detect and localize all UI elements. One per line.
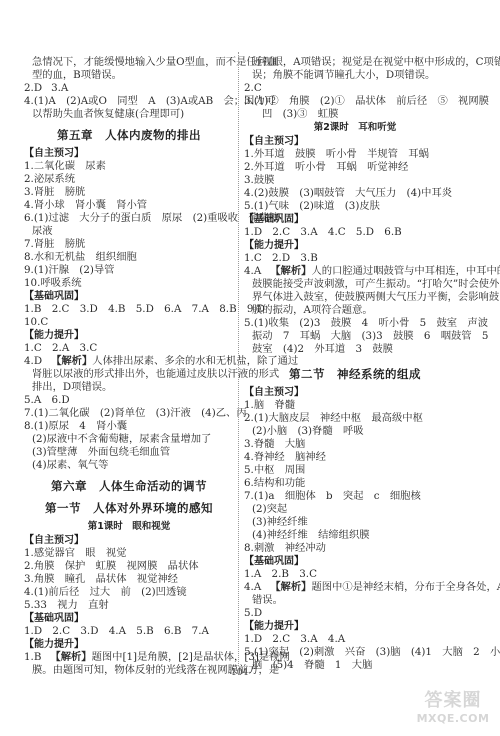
text-line: 型的血，B项错误。 (24, 69, 234, 82)
answer-line: (4)神经纤维 结缔组织膜 (244, 529, 466, 542)
answer-line: 6.结构和功能 (244, 477, 466, 490)
watermark-url: MXQE.COM (412, 712, 494, 726)
answer-line: 3.角膜 瞳孔 晶状体 视觉神经 (24, 573, 234, 586)
column-divider (238, 52, 239, 666)
section-label-basic: 【基础巩固】 (244, 213, 466, 226)
answer-line: 10.呼吸系统 (24, 277, 234, 290)
answer-line: 3.脊髓 大脑 (244, 438, 466, 451)
answer-line: 1.D 2.C 3.A 4.C 5.D 6.B (244, 226, 466, 239)
analysis-tag: 【解析】 (270, 581, 311, 593)
answer-line: 6.(1)过滤 大分子的蛋白质 原尿 (2)重吸收 葡萄糖 (24, 212, 234, 225)
answer-line: 5.33 视力 直射 (24, 599, 234, 612)
answer-line: (3)管壁薄 外面包绕毛细血管 (24, 446, 234, 459)
answer-line: 4.(2)鼓膜 (3)咽鼓管 大气压力 (4)中耳炎 (244, 187, 466, 200)
answer-line: 3.(1)② 角膜 (2)① 晶状体 前后径 ⑤ 视网膜 (244, 95, 466, 108)
page-number: -104- (228, 668, 251, 678)
answer-line: 排出，D项错误。 (24, 381, 234, 394)
answer-line: (3)神经纤维 (244, 516, 466, 529)
answer-line: 以帮助失血者恢复健康(合理即可) (24, 108, 234, 121)
answer-line: 1.感觉器官 眼 视觉 (24, 547, 234, 560)
answer-line: 1.B 2.C 3.D 4.B 5.D 6.A 7.A 8.B 9.D (24, 303, 234, 316)
answer-line: (2)突起 (244, 503, 466, 516)
answer-line: 凹 (3)③ 虹膜 (244, 108, 466, 121)
answer-line: 4.肾小球 肾小囊 肾小管 (24, 199, 234, 212)
answer-line: 4.脊神经 脑神经 (244, 451, 466, 464)
answer-line: 1.A 2.B 3.C (244, 568, 466, 581)
answer-line: 7.(1)a 细胞体 b 突起 c 细胞核 (244, 490, 466, 503)
answer-line: 脑 (5)4 脊髓 1 大脑 (244, 659, 466, 672)
section-label-basic: 【基础巩固】 (24, 290, 234, 303)
answer-key-page: 急情况下，才能缓慢地输入少量O型血，而不是任何血 型的血，B项错误。 2.D3.… (0, 0, 500, 736)
answer-line: 尿液 (24, 225, 234, 238)
answer-line: 4.(1)A (2)A或O 同型 A (3)A或AB 会；因为可 (24, 95, 234, 108)
lesson-title: 第2课时 耳和听觉 (244, 121, 466, 135)
answer-line: 膜的振动，A项符合题意。 (244, 304, 466, 317)
answer-line: 4.(1)前后径 过大 前 (2)凹透镜 (24, 586, 234, 599)
answer-line: 膜。由题图可知，物体反射的光线落在视网膜前方，是 (24, 664, 234, 677)
answer-line: 4.D【解析】人体排出尿素、多余的水和无机盐，除了通过 (24, 355, 234, 368)
section-label-ability: 【能力提升】 (244, 620, 466, 633)
answer-line: 2.外耳道 听小骨 耳蜗 听觉神经 (244, 161, 466, 174)
answer-line: (4)尿素、氧气等 (24, 459, 234, 472)
answer-line: 2.C (244, 82, 466, 95)
answer-line: 7.肾脏 膀胱 (24, 238, 234, 251)
section-label-self-study: 【自主预习】 (244, 386, 466, 399)
answer-line: 错误。 (244, 594, 466, 607)
text-line: 近视眼，A项错误；视觉是在视觉中枢中形成的，C项错 (244, 56, 466, 69)
answer-line: 2.角膜 保护 虹膜 视网膜 晶状体 (24, 560, 234, 573)
answer-line: 1.B【解析】题图中[1]是角膜，[2]是晶状体，[3]是视网 (24, 651, 234, 664)
lesson-title: 第1课时 眼和视觉 (24, 520, 234, 534)
section-label-self-study: 【自主预习】 (24, 147, 234, 160)
answer-line: 4.A【解析】人的口腔通过咽鼓管与中耳相连，中耳中的 (244, 265, 466, 278)
right-column: 近视眼，A项错误；视觉是在视觉中枢中形成的，C项错 误；角膜不能调节瞳孔大小，D… (244, 56, 466, 672)
section-label-self-study: 【自主预习】 (244, 135, 466, 148)
section-label-ability: 【能力提升】 (24, 638, 234, 651)
section-label-self-study: 【自主预习】 (24, 534, 234, 547)
answer-line: 8.水和无机盐 组织细胞 (24, 251, 234, 264)
answer-line: 1.C 2.A 3.C (24, 342, 234, 355)
answer-line: 5.(1)收集 (2)3 鼓膜 4 听小骨 5 鼓室 声波 (244, 317, 466, 330)
answer-line: (2)小脑 (3)脊髓 呼吸 (244, 425, 466, 438)
answer-line: 1.C 2.D 3.B (244, 252, 466, 265)
answer-line: 7.(1)二氧化碳 (2)肾单位 (3)汗液 (4)乙、丙 (24, 407, 234, 420)
answer-line: 5.A 6.D (24, 394, 234, 407)
answer-line: 肾脏以尿液的形式排出外，也能通过皮肤以汗液的形式 (24, 368, 234, 381)
text-line: 误；角膜不能调节瞳孔大小，D项错误。 (244, 69, 466, 82)
watermark-logo: 答案圈 MXQE.COM (412, 690, 494, 732)
section-label-basic: 【基础巩固】 (244, 555, 466, 568)
answer-line: 10.C (24, 316, 234, 329)
answer-line: 4.A【解析】题图中①是神经末梢，分布于全身各处，A项 (244, 581, 466, 594)
answer-line: 振动 7 耳蜗 大脑 (3)3 鼓膜 6 咽鼓管 5 (244, 330, 466, 343)
watermark-text: 答案圈 (412, 690, 494, 712)
section-label-basic: 【基础巩固】 (24, 612, 234, 625)
answer-line: 2.泌尿系统 (24, 173, 234, 186)
answer-line: 1.二氧化碳 尿素 (24, 160, 234, 173)
answer-line: 鼓室 (4)2 外耳道 3 鼓膜 (244, 343, 466, 356)
answer-line: 1.D 2.C 3.A 4.A (244, 633, 466, 646)
answer-line: 8.刺激 神经冲动 (244, 542, 466, 555)
answer-line: 界气体进入鼓室，使鼓膜两侧大气压力平衡，会影响鼓 (244, 291, 466, 304)
section-label-ability: 【能力提升】 (24, 329, 234, 342)
section-label-ability: 【能力提升】 (244, 239, 466, 252)
analysis-tag: 【解析】 (51, 355, 92, 367)
answer-line: 1.D 2.C 3.D 4.A 5.B 6.B 7.A (24, 625, 234, 638)
answer-line: (2)尿液中不含葡萄糖，尿素含量增加了 (24, 433, 234, 446)
answer-line: 鼓膜能接受声波刺激，可产生振动。“打哈欠”时会使外 (244, 278, 466, 291)
answer-line: 3.鼓膜 (244, 174, 466, 187)
analysis-tag: 【解析】 (50, 651, 91, 663)
answer-line: 2.D3.A (24, 82, 234, 95)
text-line: 急情况下，才能缓慢地输入少量O型血，而不是任何血 (24, 56, 234, 69)
answer-line: 3.肾脏 膀胱 (24, 186, 234, 199)
analysis-tag: 【解析】 (270, 265, 311, 277)
answer-line: 5.(1)气味 (2)味道 (3)皮肤 (244, 200, 466, 213)
chapter-title: 第五章 人体内废物的排出 (24, 125, 234, 145)
answer-line: 5.(1)突起 (2)刺激 兴奋 (3)脑 (4)1 大脑 2 小 (244, 646, 466, 659)
answer-line: 8.(1)原尿 4 肾小囊 (24, 420, 234, 433)
answer-line: 9.(1)汗腺 (2)导管 (24, 264, 234, 277)
answer-line: 1.脑 脊髓 (244, 399, 466, 412)
answer-line: 5.中枢 周围 (244, 464, 466, 477)
section-title: 第一节 人体对外界环境的感知 (24, 498, 234, 518)
left-column: 急情况下，才能缓慢地输入少量O型血，而不是任何血 型的血，B项错误。 2.D3.… (24, 56, 234, 677)
section-title: 第二节 神经系统的组成 (244, 364, 466, 384)
chapter-title: 第六章 人体生命活动的调节 (24, 476, 234, 496)
answer-line: 2.(1)大脑皮层 神经中枢 最高级中枢 (244, 412, 466, 425)
answer-line: 5.D (244, 607, 466, 620)
answer-line: 1.外耳道 鼓膜 听小骨 半规管 耳蜗 (244, 148, 466, 161)
